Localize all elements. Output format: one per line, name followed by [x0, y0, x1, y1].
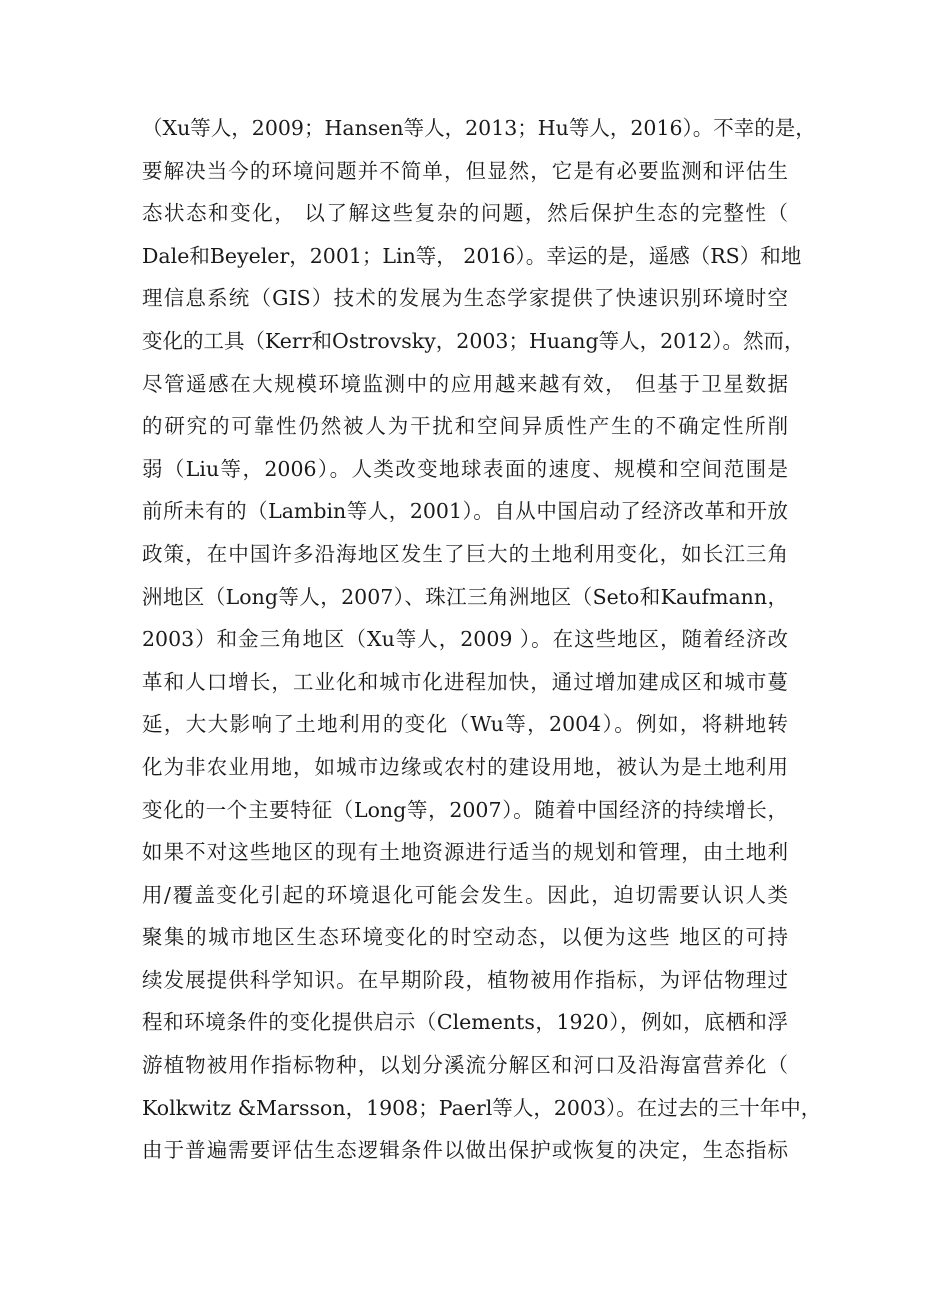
text-line: 如果不对这些地区的现有土地资源进行适当的规划和管理，由土地利: [142, 831, 788, 874]
text-line: 尽管遥感在大规模环境监测中的应用越来越有效， 但基于卫星数据: [142, 363, 788, 406]
text-line: 革和人口增长，工业化和城市化进程加快，通过增加建成区和城市蔓: [142, 661, 788, 704]
text-line: 弱（Liu等，2006）。人类改变地球表面的速度、规模和空间范围是: [142, 448, 788, 491]
text-line: Dale和Beyeler，2001；Lin等， 2016）。幸运的是，遥感（RS…: [142, 235, 788, 278]
text-line: 要解决当今的环境问题并不简单，但显然，它是有必要监测和评估生: [142, 150, 788, 193]
text-line: 态状态和变化， 以了解这些复杂的问题，然后保护生态的完整性（: [142, 192, 788, 235]
text-line: 游植物被用作指标物种，以划分溪流分解区和河口及沿海富营养化（: [142, 1044, 788, 1087]
text-line: 用/覆盖变化引起的环境退化可能会发生。因此，迫切需要认识人类: [142, 874, 788, 917]
text-line: 2003）和金三角地区（Xu等人，2009 ）。在这些地区，随着经济改: [142, 618, 788, 661]
text-line: 化为非农业用地，如城市边缘或农村的建设用地，被认为是土地利用: [142, 746, 788, 789]
document-body: （Xu等人，2009；Hansen等人，2013；Hu等人，2016）。不幸的是…: [142, 107, 788, 1172]
text-line: 由于普遍需要评估生态逻辑条件以做出保护或恢复的决定，生态指标: [142, 1129, 788, 1172]
text-line: Kolkwitz &Marsson，1908；Paerl等人，2003）。在过去…: [142, 1087, 788, 1130]
text-line: 续发展提供科学知识。在早期阶段，植物被用作指标，为评估物理过: [142, 959, 788, 1002]
text-line: 洲地区（Long等人，2007）、珠江三角洲地区（Seto和Kaufmann，: [142, 576, 788, 619]
text-line: 的研究的可靠性仍然被人为干扰和空间异质性产生的不确定性所削: [142, 405, 788, 448]
text-line: 变化的工具（Kerr和Ostrovsky，2003；Huang等人，2012）。…: [142, 320, 788, 363]
text-line: 程和环境条件的变化提供启示（Clements，1920），例如，底栖和浮: [142, 1001, 788, 1044]
text-line: 延，大大影响了土地利用的变化（Wu等，2004）。例如，将耕地转: [142, 703, 788, 746]
text-line: 前所未有的（Lambin等人，2001）。自从中国启动了经济改革和开放: [142, 490, 788, 533]
text-line: （Xu等人，2009；Hansen等人，2013；Hu等人，2016）。不幸的是…: [142, 107, 788, 150]
text-line: 理信息系统（GIS）技术的发展为生态学家提供了快速识别环境时空: [142, 277, 788, 320]
text-line: 聚集的城市地区生态环境变化的时空动态，以便为这些 地区的可持: [142, 916, 788, 959]
text-line: 变化的一个主要特征（Long等，2007）。随着中国经济的持续增长，: [142, 789, 788, 832]
text-line: 政策，在中国许多沿海地区发生了巨大的土地利用变化，如长江三角: [142, 533, 788, 576]
